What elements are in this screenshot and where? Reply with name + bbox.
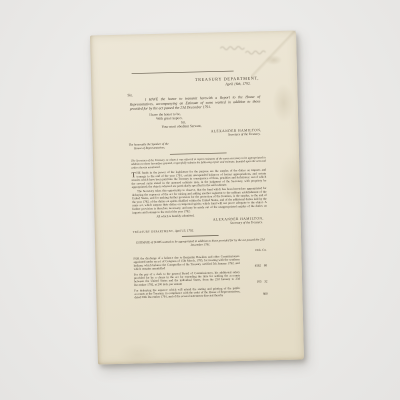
addressee: The honorable the Speaker of the House o…	[129, 139, 266, 150]
report-dateline: TREASURY DEPARTMENT, April 13, 1792.	[133, 227, 268, 234]
estimate-rule	[182, 235, 219, 237]
paragraph-text: HE funds in the power of the legislature…	[132, 168, 267, 189]
entry-amount: 183 32	[240, 280, 269, 284]
report-paragraph-2: The Secretary takes this opportunity to …	[132, 186, 267, 214]
entry-amount: 800	[240, 292, 269, 296]
top-rule	[132, 71, 234, 74]
entry-description: For the pay of a clerk to the general Bo…	[134, 270, 240, 286]
letterhead: TREASURY DEPARTMENT, April 16th, 1792.	[129, 76, 259, 89]
document-content: TREASURY DEPARTMENT, April 16th, 1792. S…	[90, 31, 304, 365]
closing-block: I have the honor to be, With great respe…	[130, 110, 265, 130]
report-signature-block: ALEXANDER HAMILTON, Secretary of the Tre…	[133, 217, 264, 228]
estimate-entry: FOR the discharge of a balance due to Be…	[133, 254, 268, 271]
drop-cap: T	[131, 171, 136, 177]
estimate-entry: For the pay of a clerk to the general Bo…	[134, 270, 269, 287]
dateline-department: TREASURY DEPARTMENT,	[133, 229, 174, 233]
letter-signature-block: ALEXANDER HAMILTON, Secretary of the Tre…	[130, 128, 261, 139]
entry-amount: 4562 68	[240, 264, 269, 268]
report-preamble: The Secretary of the Treasury, to whom i…	[131, 155, 266, 169]
estimate-title: ESTIMATE of SUMS wanted to be appropriat…	[134, 238, 267, 249]
document-paper: TREASURY DEPARTMENT, April 16th, 1792. S…	[90, 31, 304, 365]
entry-description: For defraying the expence which will att…	[134, 286, 240, 299]
entry-description: FOR the discharge of a balance due to Be…	[133, 254, 239, 270]
photo-background: TREASURY DEPARTMENT, April 16th, 1792. S…	[0, 0, 400, 400]
divider-rule	[170, 152, 227, 154]
dateline-date: April 13, 1792.	[175, 229, 194, 233]
estimate-entry: For defraying the expence which will att…	[134, 286, 269, 299]
letter-body: I HAVE the honor to transmit herewith a …	[130, 95, 261, 112]
